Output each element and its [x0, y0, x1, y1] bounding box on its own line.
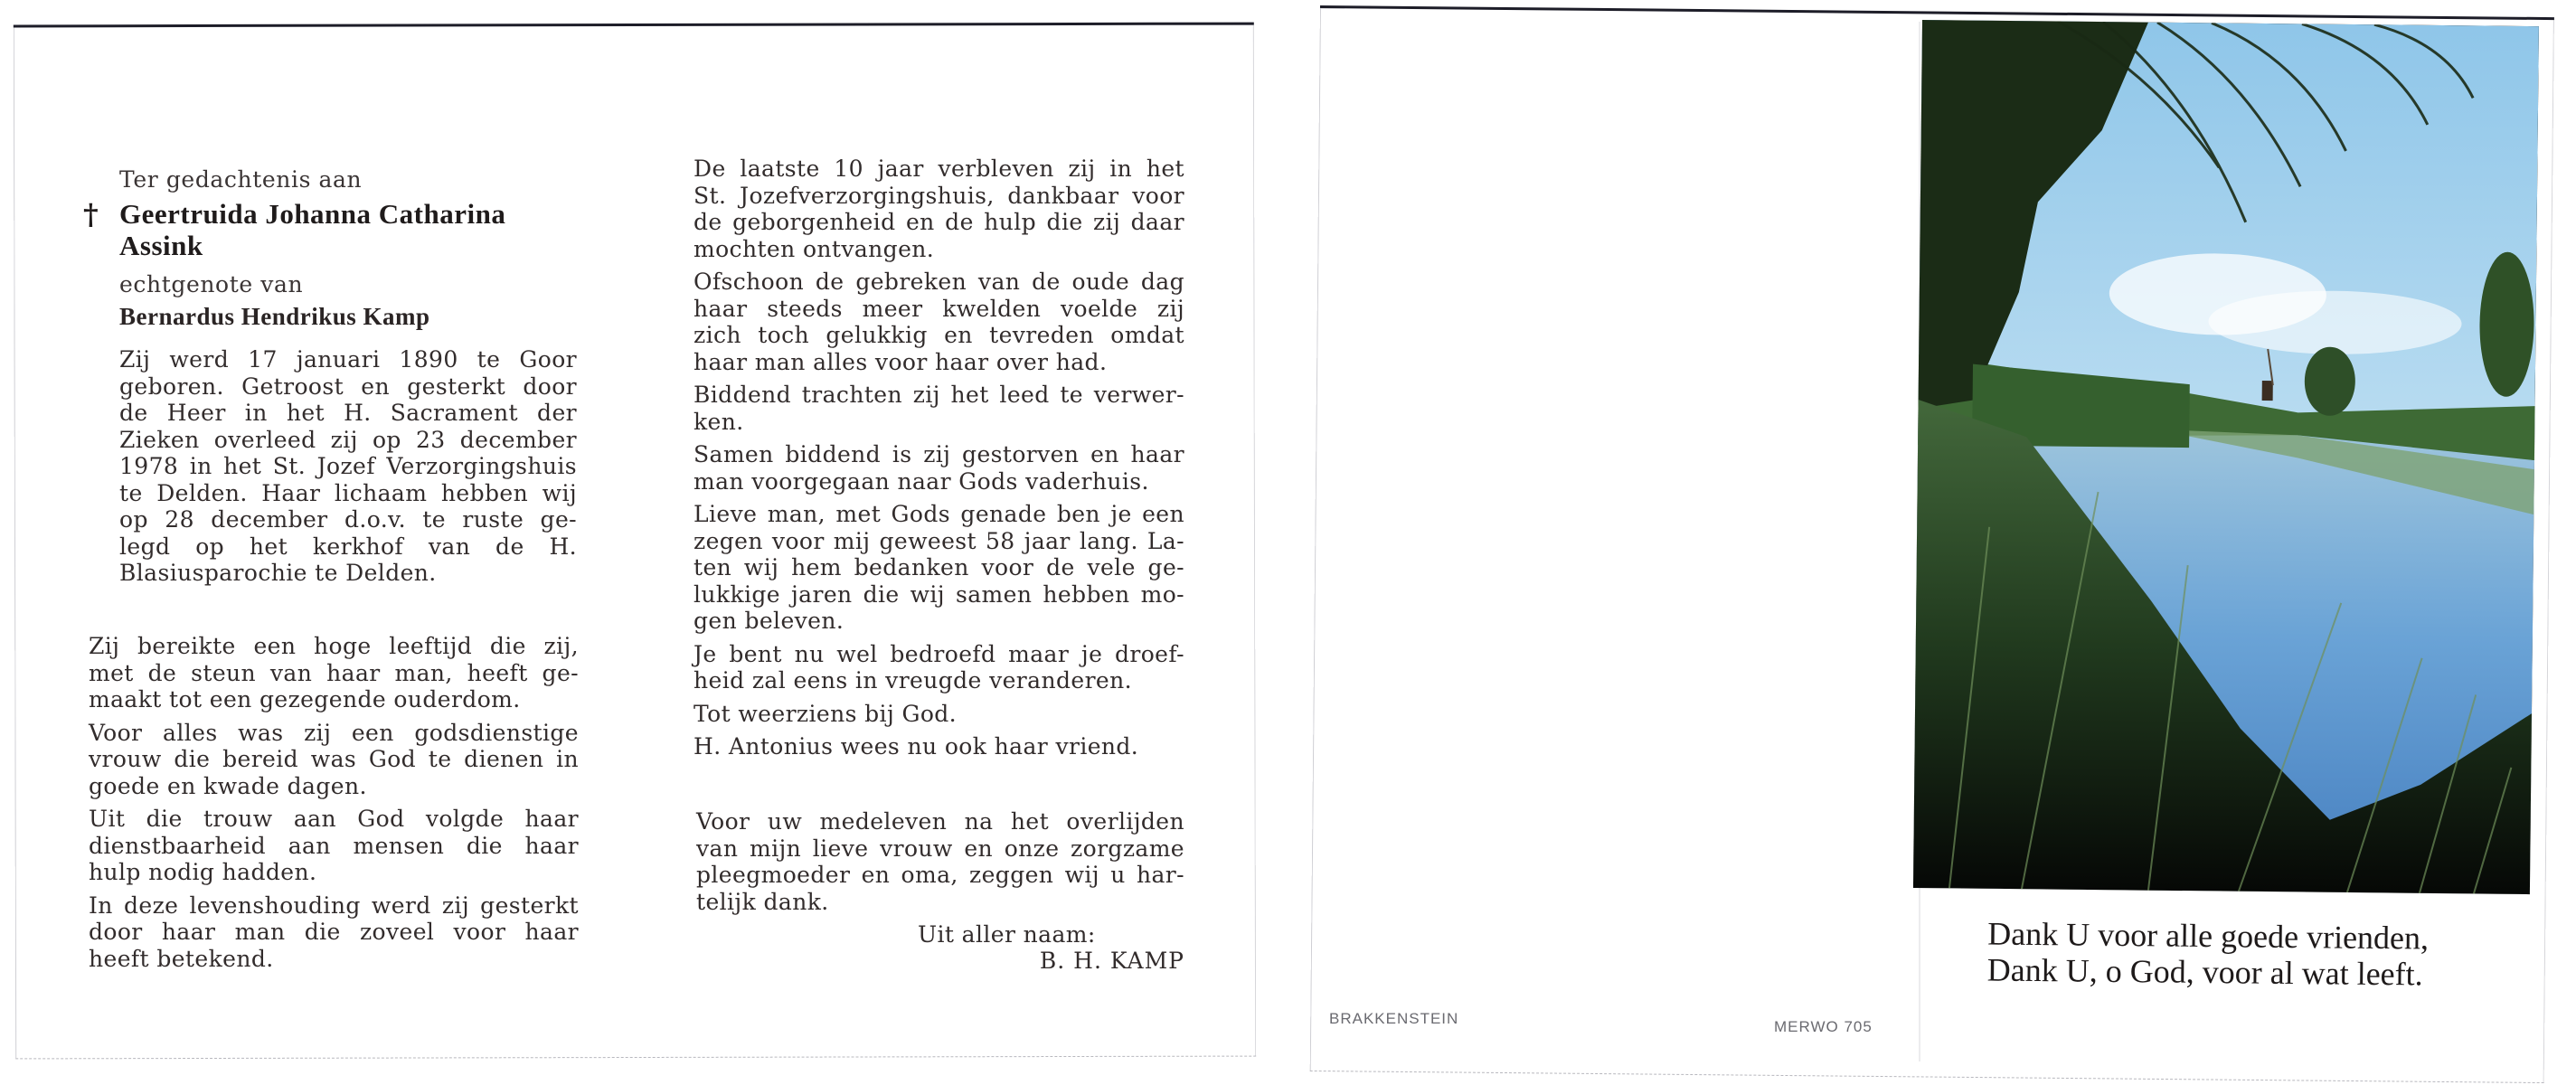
- relation-text: echtgenote van: [119, 271, 303, 297]
- text-line: telijk dank.: [696, 889, 1184, 916]
- text-line: Zij bereikte een hoge leeftijd die zij,: [89, 633, 579, 660]
- left-column-paragraphs: Zij bereikte een hoge leeftijd die zij,m…: [89, 633, 579, 978]
- publisher-imprint: BRAKKENSTEIN: [1329, 1010, 1458, 1028]
- text-line: Blasiusparochie te Delden.: [119, 560, 577, 587]
- text-line: De laatste 10 jaar verbleven zij in het: [694, 156, 1184, 183]
- catalog-number: MERWO 705: [1774, 1018, 1873, 1036]
- text-line: haar man alles voor haar over had.: [694, 349, 1184, 376]
- paragraph: Je bent nu wel bedroefd maar je droef-he…: [694, 641, 1184, 694]
- text-line: op 28 december d.o.v. te ruste ge-: [119, 506, 577, 533]
- text-line: gen beleven.: [694, 608, 1184, 635]
- text-line: lukkige jaren die wij samen hebben mo-: [694, 581, 1184, 609]
- text-line: Samen biddend is zij gestorven en haar: [694, 441, 1184, 468]
- text-line: mochten ontvangen.: [694, 236, 1184, 263]
- landscape-photo: [1913, 20, 2539, 894]
- text-line: zich toch gelukkig en tevreden omdat: [694, 322, 1184, 349]
- text-line: zegen voor mij geweest 58 jaar lang. La-: [694, 528, 1184, 555]
- paragraph: Voor alles was zij een godsdienstigevrou…: [89, 720, 579, 800]
- text-line: Zij werd 17 januari 1890 te Goor: [119, 346, 577, 373]
- thanks-paragraph: Voor uw medeleven na het overlijdenvan m…: [696, 808, 1184, 915]
- text-line: H. Antonius wees nu ook haar vriend.: [694, 733, 1184, 760]
- text-line: haar steeds meer kwelden voelde zij: [694, 296, 1184, 323]
- text-line: maakt tot een gezegende ouderdom.: [89, 686, 579, 713]
- text-line: hulp nodig hadden.: [89, 859, 579, 886]
- text-line: Tot weerziens bij God.: [694, 701, 1184, 728]
- text-line: geboren. Getroost en gesterkt door: [119, 373, 577, 401]
- deceased-name-line2: Assink: [119, 230, 203, 262]
- text-line: 1978 in het St. Jozef Verzorgingshuis: [119, 453, 577, 480]
- text-line: Voor uw medeleven na het overlijden: [696, 808, 1184, 835]
- text-line: Zieken overleed zij op 23 december: [119, 427, 577, 454]
- paragraph: H. Antonius wees nu ook haar vriend.: [694, 733, 1184, 760]
- paragraph: Zij bereikte een hoge leeftijd die zij,m…: [89, 633, 579, 713]
- text-line: St. Jozefverzorgingshuis, dankbaar voor: [694, 183, 1184, 210]
- text-line: Voor alles was zij een godsdienstige: [89, 720, 579, 747]
- text-line: pleegmoeder en oma, zeggen wij u har-: [696, 862, 1184, 889]
- text-line: legd op het kerkhof van de H.: [119, 533, 577, 561]
- paragraph: De laatste 10 jaar verbleven zij in hetS…: [694, 156, 1184, 262]
- text-line: te Delden. Haar lichaam hebben wij: [119, 480, 577, 507]
- text-line: Ofschoon de gebreken van de oude dag: [694, 269, 1184, 296]
- paragraph: Samen biddend is zij gestorven en haarma…: [694, 441, 1184, 495]
- verse: Dank U voor alle goede vrienden, Dank U,…: [1987, 915, 2430, 992]
- text-line: man voorgegaan naar Gods vaderhuis.: [694, 468, 1184, 495]
- paragraph: Biddend trachten zij het leed te verwer-…: [694, 382, 1184, 435]
- text-line: heeft betekend.: [89, 946, 579, 973]
- text-line: van mijn lieve vrouw en onze zorgzame: [696, 835, 1184, 863]
- text-line: de Heer in het H. Sacrament der: [119, 400, 577, 427]
- text-line: ten wij hem bedanken voor de vele ge-: [694, 554, 1184, 581]
- text-line: Uit die trouw aan God volgde haar: [89, 806, 579, 833]
- text-line: Lieve man, met Gods genade ben je een: [694, 501, 1184, 528]
- text-line: met de steun van haar man, heeft ge-: [89, 660, 579, 687]
- biography-paragraph: Zij werd 17 januari 1890 te Goorgeboren.…: [119, 346, 577, 587]
- text-line: goede en kwade dagen.: [89, 773, 579, 800]
- text-line: vrouw die bereid was God te dienen in: [89, 746, 579, 773]
- text-line: Biddend trachten zij het leed te verwer-: [694, 382, 1184, 409]
- text-line: door haar man die zoveel voor haar: [89, 919, 579, 946]
- text-line: dienstbaarheid aan mensen die haar: [89, 833, 579, 860]
- text-line: ken.: [694, 409, 1184, 436]
- paragraph: Lieve man, met Gods genade ben je eenzeg…: [694, 501, 1184, 635]
- verse-line-2: Dank U, o God, voor al wat leeft.: [1987, 951, 2429, 992]
- text-line: Je bent nu wel bedroefd maar je droef-: [694, 641, 1184, 668]
- closing-text: Uit aller naam:: [918, 921, 1096, 948]
- intro-text: Ter gedachtenis aan: [119, 166, 362, 193]
- paragraph: Uit die trouw aan God volgde haardienstb…: [89, 806, 579, 886]
- text-line: de geborgenheid en de hulp die zij daar: [694, 209, 1184, 236]
- paragraph: Ofschoon de gebreken van de oude daghaar…: [694, 269, 1184, 375]
- spouse-name: Bernardus Hendrikus Kamp: [119, 303, 430, 331]
- paragraph: In deze levenshouding werd zij gesterktd…: [89, 892, 579, 973]
- text-line: In deze levenshouding werd zij gesterkt: [89, 892, 579, 920]
- text-line: heid zal eens in vreugde veranderen.: [694, 667, 1184, 694]
- deceased-name-line1: Geertruida Johanna Catharina: [119, 198, 505, 231]
- verse-line-1: Dank U voor alle goede vrienden,: [1987, 915, 2429, 956]
- right-column-paragraphs: De laatste 10 jaar verbleven zij in hetS…: [694, 156, 1184, 767]
- cross-icon: †: [83, 197, 99, 231]
- paragraph: Tot weerziens bij God.: [694, 701, 1184, 728]
- signature: B. H. KAMP: [1022, 948, 1184, 975]
